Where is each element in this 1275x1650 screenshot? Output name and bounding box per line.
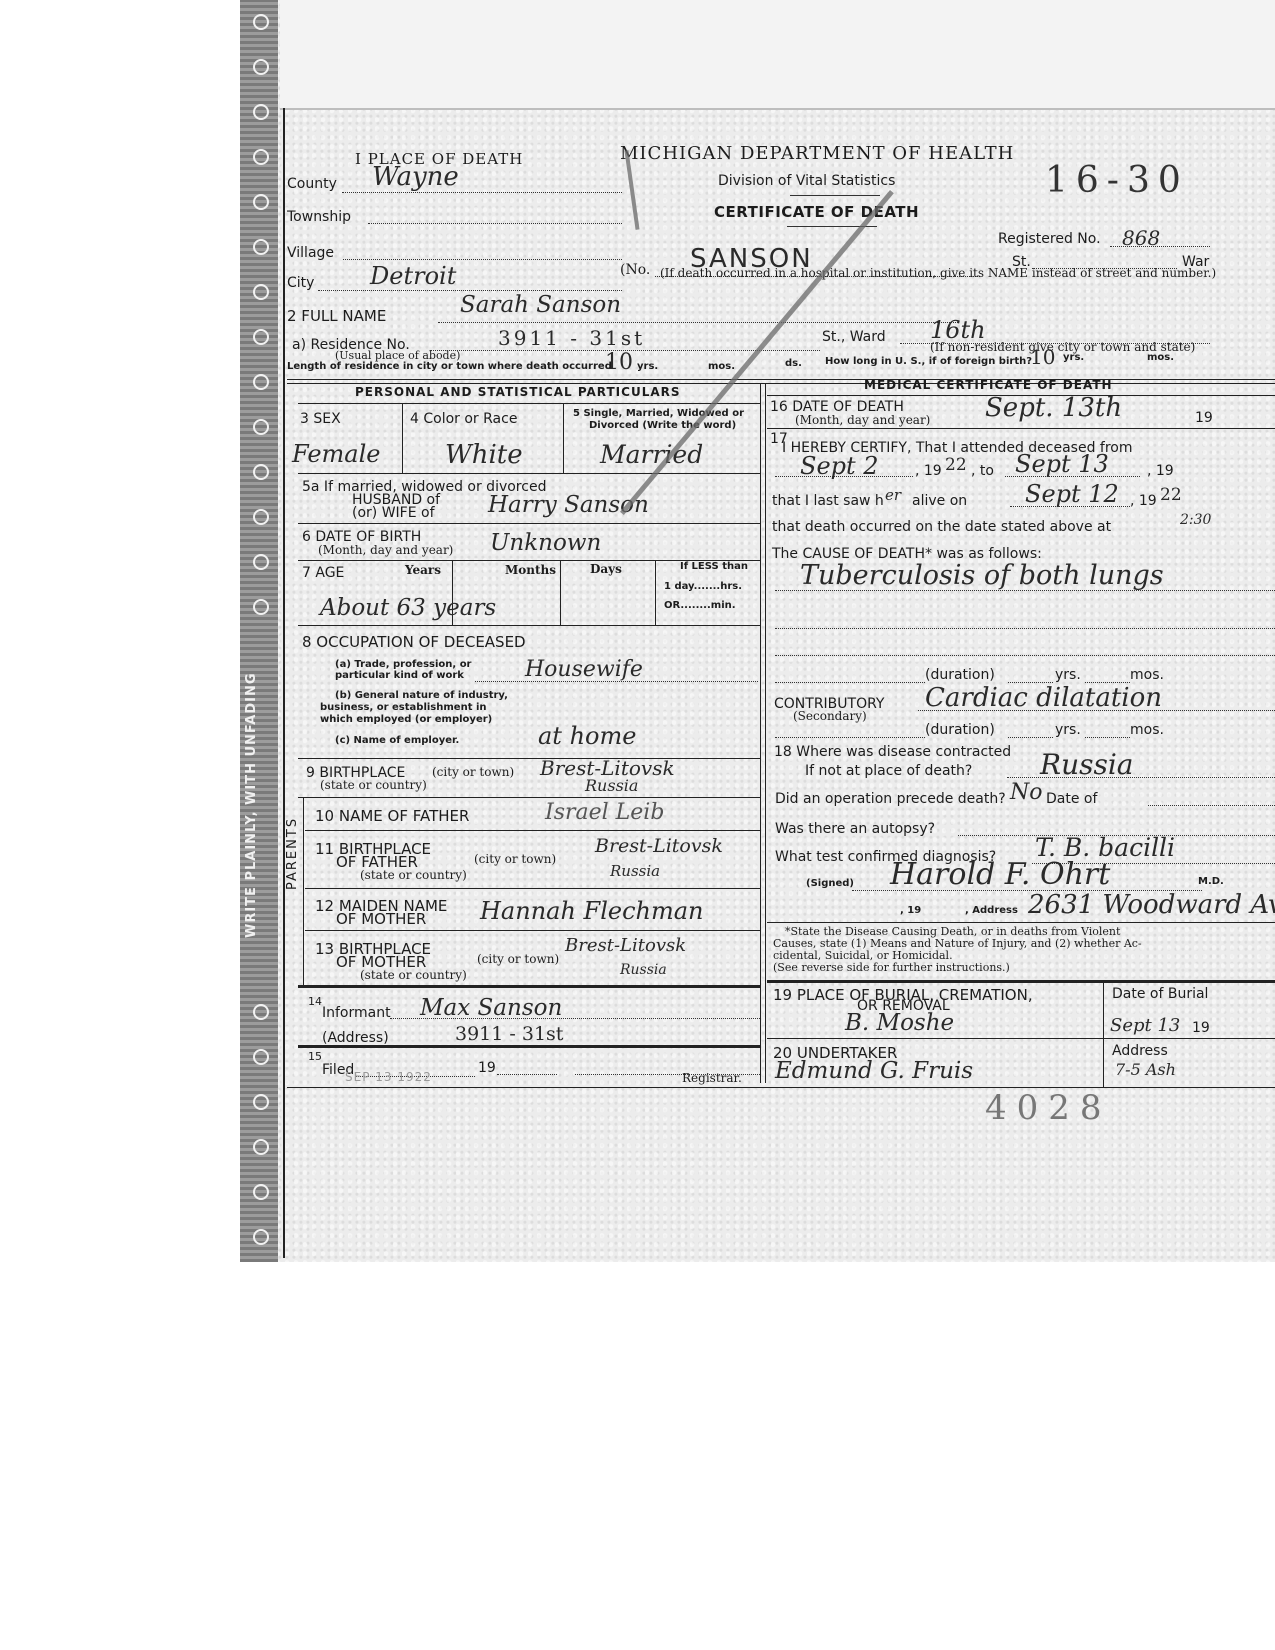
border-ornament-icon (253, 1184, 269, 1200)
village-label: Village (287, 245, 334, 261)
department-title: MICHIGAN DEPARTMENT OF HEALTH (620, 143, 1014, 164)
header-rule (790, 195, 880, 196)
informant-address-label: (Address) (322, 1030, 389, 1046)
death-time-value: 2:30 (1180, 512, 1211, 528)
length-residence-label: Length of residence in city or town wher… (287, 361, 612, 372)
attended-to-value: Sept 13 (1015, 450, 1109, 478)
registrar-label: Registrar. (682, 1071, 742, 1085)
document-title: CERTIFICATE OF DEATH (714, 203, 919, 221)
border-ornament-icon (253, 14, 269, 30)
border-ornament-icon (253, 329, 269, 345)
security-border (240, 0, 278, 1262)
sex-value: Female (292, 440, 381, 468)
occupation-label: 8 OCCUPATION OF DECEASED (302, 633, 526, 651)
paper-top-margin (280, 0, 1275, 110)
sex-label: 3 SEX (300, 411, 341, 427)
date-of-death-value: Sept. 13th (985, 393, 1122, 423)
filed-stamp: SEP 13 1922 (345, 1070, 432, 1084)
city-label: City (287, 275, 314, 291)
township-field (368, 223, 622, 224)
border-ornament-icon (253, 59, 269, 75)
border-ornament-icon (253, 104, 269, 120)
county-label: County (287, 176, 337, 192)
parents-side-label: PARENTS (285, 817, 300, 890)
disease-contracted-value: Russia (1040, 748, 1134, 781)
registered-no-value: 868 (1122, 226, 1160, 250)
father-name-label: 10 NAME OF FATHER (315, 807, 469, 825)
border-security-text: WRITE PLAINLY, WITH UNFADING (244, 640, 268, 970)
father-birthplace-city: Brest-Litovsk (595, 835, 723, 857)
border-ornament-icon (253, 194, 269, 210)
attended-year-value: 22 (945, 455, 967, 475)
border-ornament-icon (253, 1004, 269, 1020)
border-ornament-icon (253, 149, 269, 165)
bottom-number: 4028 (985, 1088, 1112, 1128)
undertaker-address-value: 7-5 Ash (1115, 1060, 1176, 1079)
village-field (343, 259, 622, 260)
border-ornament-icon (253, 284, 269, 300)
occupation-trade-value: Housewife (525, 657, 643, 682)
informant-value: Max Sanson (420, 995, 562, 1021)
undertaker-address-label: Address (1112, 1043, 1168, 1059)
operation-label: Did an operation precede death? (775, 791, 1006, 807)
mother-birthplace-country: Russia (620, 962, 667, 978)
division-title: Division of Vital Statistics (718, 173, 895, 189)
mother-birthplace-city: Brest-Litovsk (565, 935, 686, 956)
informant-address-value: 3911 - 31st (455, 1023, 563, 1045)
personal-section-title: PERSONAL AND STATISTICAL PARTICULARS (355, 385, 681, 399)
us-length-label: How long in U. S., if of foreign birth? (825, 356, 1032, 367)
full-name-value: Sarah Sanson (460, 292, 621, 318)
undertaker-value: Edmund G. Fruis (775, 1058, 973, 1084)
race-value: White (445, 440, 523, 470)
township-label: Township (287, 209, 351, 225)
full-name-label: 2 FULL NAME (287, 307, 386, 325)
autopsy-label: Was there an autopsy? (775, 821, 935, 837)
last-saw-alive-value: Sept 12 (1025, 480, 1119, 508)
cause-of-death-value: Tuberculosis of both lungs (800, 560, 1164, 591)
city-value: Detroit (370, 262, 456, 290)
border-ornament-icon (253, 1049, 269, 1065)
father-birthplace-country: Russia (610, 862, 660, 880)
hospital-note: (If death occurred in a hospital or inst… (660, 266, 1216, 280)
signed-physician-value: Harold F. Ohrt (890, 857, 1110, 892)
burial-date-label: Date of Burial (1112, 986, 1208, 1002)
contributory-value: Cardiac dilatation (925, 683, 1162, 713)
us-length-value: 10 (1030, 345, 1055, 369)
birthplace-country-value: Russia (585, 776, 638, 795)
age-value: About 63 years (320, 595, 496, 621)
age-label: 7 AGE (302, 565, 344, 581)
border-ornament-icon (253, 1229, 269, 1245)
border-ornament-icon (253, 374, 269, 390)
county-value: Wayne (372, 162, 459, 192)
registered-no-label: Registered No. (998, 231, 1101, 247)
border-ornament-icon (253, 1139, 269, 1155)
attended-from-value: Sept 2 (800, 452, 879, 480)
physician-address-value: 2631 Woodward Ave (1028, 890, 1275, 920)
operation-value: No (1010, 780, 1043, 805)
burial-date-value: Sept 13 (1110, 1015, 1180, 1036)
dob-value: Unknown (490, 530, 601, 556)
border-ornament-icon (253, 239, 269, 255)
border-ornament-icon (253, 599, 269, 615)
medical-section-title: MEDICAL CERTIFICATE OF DEATH (864, 378, 1113, 392)
last-saw-year-value: 22 (1160, 485, 1182, 505)
mother-maiden-name-value: Hannah Flechman (480, 897, 704, 925)
border-ornament-icon (253, 464, 269, 480)
margin-number: 16-30 (1045, 160, 1189, 201)
st-ward-label: St., Ward (822, 329, 886, 345)
residence-value: 3911 - 31st (498, 326, 645, 350)
length-residence-value: 10 (605, 350, 633, 375)
border-ornament-icon (253, 419, 269, 435)
father-name-value: Israel Leib (545, 800, 664, 825)
border-ornament-icon (253, 509, 269, 525)
marital-value: Married (600, 440, 703, 469)
burial-place-value: B. Moshe (845, 1010, 954, 1036)
border-ornament-icon (253, 554, 269, 570)
employer-value: at home (538, 722, 636, 750)
race-label: 4 Color or Race (410, 411, 517, 427)
informant-label: Informant (322, 1005, 391, 1021)
street-no-label: (No. (620, 262, 650, 278)
border-ornament-icon (253, 1094, 269, 1110)
